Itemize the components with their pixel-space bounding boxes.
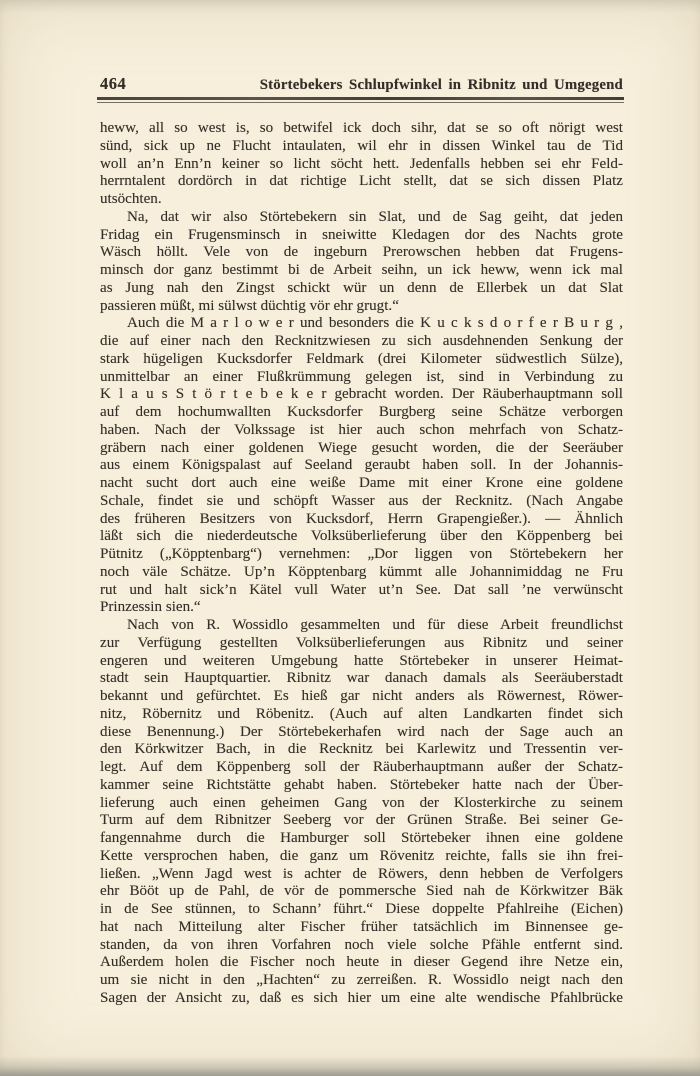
- text-line: haben. Nach der Volkssage ist hier auch …: [100, 422, 623, 440]
- text-line: Nach von R. Wossidlo gesammelten und für…: [100, 617, 623, 635]
- text-line: bekannt und gefürchtet. Es hieß gar nich…: [100, 688, 623, 706]
- scan-bottom-edge: [0, 1056, 700, 1076]
- running-title: Störtebekers Schlupfwinkel in Ribnitz un…: [260, 77, 623, 94]
- text-line: kammer seine Richtstätte gehabt haben. S…: [100, 777, 623, 795]
- header-rule: [97, 97, 624, 104]
- text-line: nitz, Röbernitz und Röbenitz. (Auch auf …: [100, 706, 623, 724]
- text-line: sünd, sick up ne Flucht intaulaten, wil …: [100, 138, 623, 156]
- text-line: diese Benennung.) Der Störtebekerhafen w…: [100, 724, 623, 742]
- page-number: 464: [100, 74, 126, 94]
- text-line: aus einem Königspalast auf Seeland gerau…: [100, 457, 623, 475]
- text-line: zur Verfügung gestellten Volksüberliefer…: [100, 635, 623, 653]
- text-line: Sagen der Ansicht zu, daß es sich hier u…: [100, 990, 623, 1008]
- text-line: Pütnitz („Köpptenbarg“) vernehmen: „Dor …: [100, 546, 623, 564]
- running-header: 464 Störtebekers Schlupfwinkel in Ribnit…: [100, 74, 623, 94]
- text-line: gräbern nach einer goldenen Wiege gesuch…: [100, 440, 623, 458]
- text-line: die auf einer nach den Recknitzwiesen zu…: [100, 333, 623, 351]
- text-line: Na, dat wir also Störtebekern sin Slat, …: [100, 209, 623, 227]
- text-line: Fridag ein Frugensminsch in sneiwitte Kl…: [100, 227, 623, 245]
- text-line: auf dem hochumwallten Kucksdorfer Burgbe…: [100, 404, 623, 422]
- text-line: stadt sein Hauptquartier. Ribnitz war da…: [100, 670, 623, 688]
- text-line: Kette versprochen haben, die ganz um Röv…: [100, 848, 623, 866]
- header-rule-thin-line: [97, 102, 624, 103]
- text-line: um sie nicht in den „Hachten“ zu zerreiß…: [100, 972, 623, 990]
- text-line: Schale, findet sie und schöpft Wasser au…: [100, 493, 623, 511]
- text-line: lieferung auch einen geheimen Gang von d…: [100, 795, 623, 813]
- text-line: Außerdem holen die Fischer noch heute in…: [100, 954, 623, 972]
- text-line: fangennahme durch die Hamburger soll Stö…: [100, 830, 623, 848]
- text-line: utsöchten.: [100, 191, 623, 209]
- book-page: 464 Störtebekers Schlupfwinkel in Ribnit…: [0, 0, 700, 1076]
- text-line: minsch dor ganz bestimmt bi de Arbeit se…: [100, 262, 623, 280]
- text-line: passieren müßt, mi sülwst düchtig vör eh…: [100, 298, 623, 316]
- text-line: herrntalent dordörch in dat richtige Lic…: [100, 173, 623, 191]
- text-line: läßt sich die niederdeutsche Volksüberli…: [100, 528, 623, 546]
- text-line: hat nach Mitteilung alter Fischer früher…: [100, 919, 623, 937]
- text-line: as Jung nah den Zingst schickt wür un de…: [100, 280, 623, 298]
- text-line: Turm auf dem Ribnitzer Seeberg vor der G…: [100, 812, 623, 830]
- text-line: des früheren Besitzers von Kucksdorf, He…: [100, 511, 623, 529]
- text-line: heww, all so west is, so betwifel ick do…: [100, 120, 623, 138]
- text-line: standen, da von ihren Vorfahren noch vie…: [100, 937, 623, 955]
- text-line: rut und halt sick’n Kätel vull Water ut’…: [100, 582, 623, 600]
- header-rule-thick-line: [97, 97, 624, 100]
- text-line: stark hügeligen Kucksdorfer Feldmark (dr…: [100, 351, 623, 369]
- page-body: heww, all so west is, so betwifel ick do…: [100, 120, 623, 1008]
- text-line: K l a u s S t ö r t e b e k e r gebracht…: [100, 386, 623, 404]
- text-line: woll an’n Enn’n keiner so licht söcht he…: [100, 156, 623, 174]
- text-line: den Körkwitzer Bach, in die Recknitz bei…: [100, 741, 623, 759]
- text-line: legt. Auf dem Köppenberg soll der Räuber…: [100, 759, 623, 777]
- text-line: ließen. „Wenn Jagd west is achter de Röw…: [100, 866, 623, 884]
- text-line: unmittelbar an einer Flußkrümmung gelege…: [100, 369, 623, 387]
- text-line: Auch die M a r l o w e r und besonders d…: [100, 315, 623, 333]
- text-line: nacht sucht dort auch eine weiße Dame mi…: [100, 475, 623, 493]
- text-line: Wäsch höllt. Vele von de ingeburn Prerow…: [100, 244, 623, 262]
- text-line: ehr Bööt up de Pahl, de vör de pommersch…: [100, 883, 623, 901]
- text-line: Prinzessin sien.“: [100, 599, 623, 617]
- text-line: engeren und weiteren Umgebung hatte Stör…: [100, 653, 623, 671]
- text-line: in de See stünnen, to Schann’ führt.“ Di…: [100, 901, 623, 919]
- text-line: noch väle Schätze. Up’n Köpptenbarg kümm…: [100, 564, 623, 582]
